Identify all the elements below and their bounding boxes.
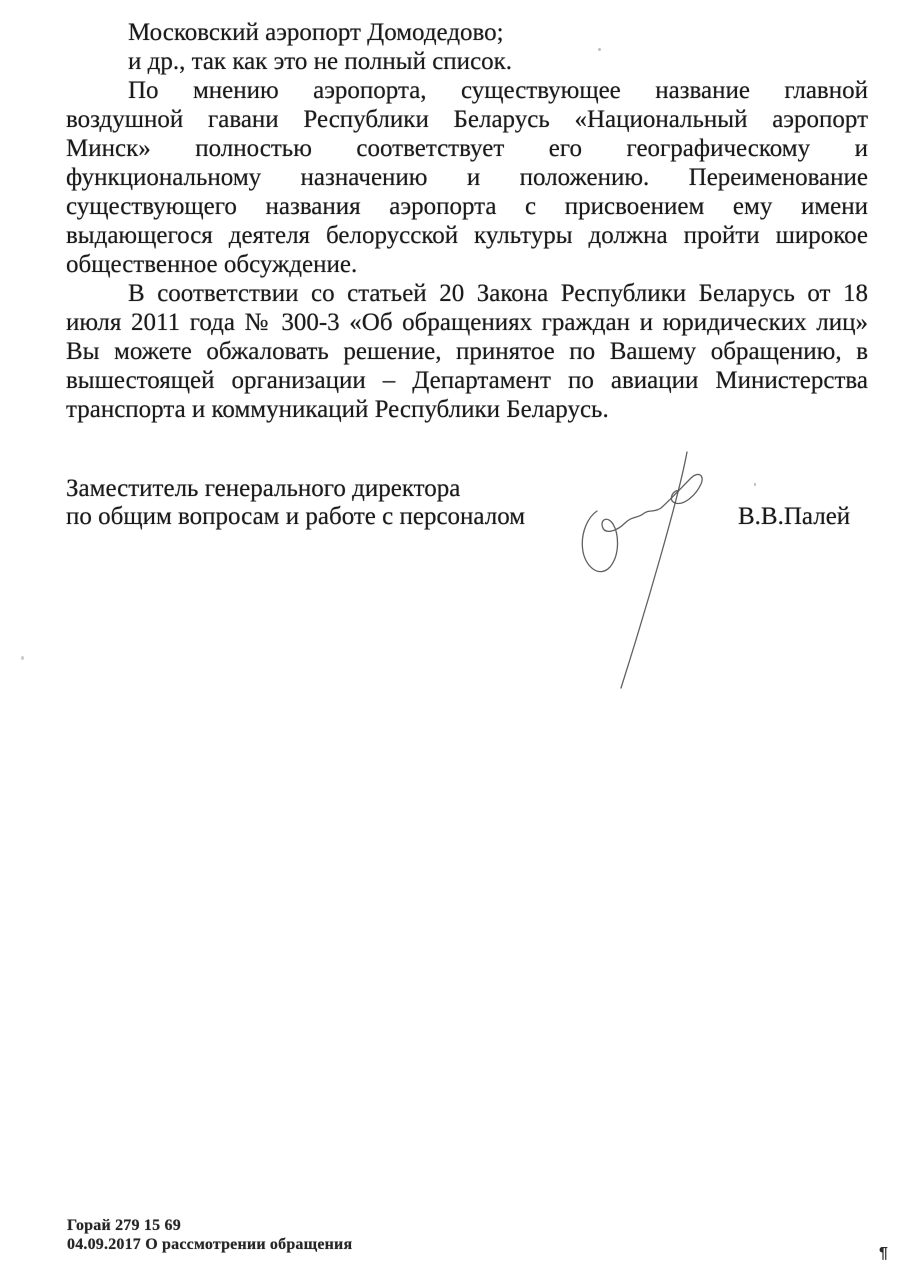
document-line: функциональному назначению и положению. … [66, 163, 868, 192]
document-line: общественное обсуждение. [66, 250, 868, 279]
document-line: Вы можете обжаловать решение, принятое п… [66, 337, 868, 366]
document-line: существующего названия аэропорта с присв… [66, 192, 868, 221]
document-line: В соответствии со статьей 20 Закона Респ… [66, 279, 868, 308]
body-text: Московский аэропорт Домодедово; и др., т… [66, 18, 868, 424]
document-line: По мнению аэропорта, существующее назван… [66, 76, 868, 105]
scan-speck [21, 656, 24, 660]
document-line: воздушной гавани Республики Беларусь «На… [66, 105, 868, 134]
document-line: и др., так как это не полный список. [66, 47, 868, 76]
signatory-title-line1: Заместитель генерального директора [66, 475, 525, 503]
handwritten-signature-icon [575, 438, 725, 700]
scan-speck [598, 48, 601, 51]
scan-speck [754, 483, 756, 486]
signatory-name: В.В.Палей [738, 503, 850, 531]
document-line: Московский аэропорт Домодедово; [66, 18, 868, 47]
footer: Горай 279 15 69 04.09.2017 О рассмотрени… [67, 1216, 352, 1254]
document-line: выдающегося деятеля белорусской культуры… [66, 221, 868, 250]
scanned-letter-page: Московский аэропорт Домодедово; и др., т… [0, 0, 909, 1280]
document-line: июля 2011 года № 300-3 «Об обращениях гр… [66, 308, 868, 337]
signatory-title-line2: по общим вопросам и работе с персоналом [66, 503, 525, 531]
document-line: вышестоящей организации – Департамент по… [66, 366, 868, 395]
footer-date-subject-line: 04.09.2017 О рассмотрении обращения [67, 1235, 352, 1254]
document-line: Минск» полностью соответствует его геогр… [66, 134, 868, 163]
document-line: транспорта и коммуникаций Республики Бел… [66, 395, 868, 424]
signature-block: Заместитель генерального директора по об… [66, 475, 525, 531]
footer-executor-line: Горай 279 15 69 [67, 1216, 352, 1235]
pilcrow-mark: ¶ [879, 1246, 888, 1262]
